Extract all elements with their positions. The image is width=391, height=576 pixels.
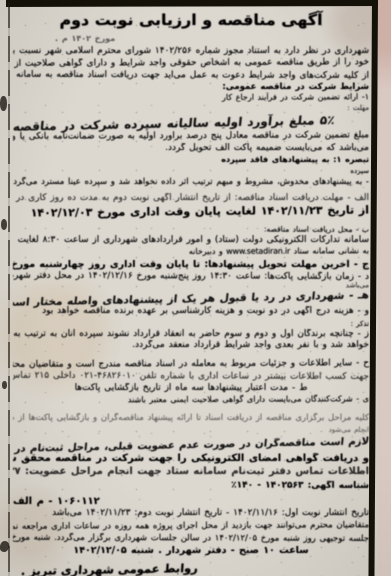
text-line: سامانه تدارکات الکترونیکی دولت (ستاد) و …	[13, 235, 369, 246]
text-line: می‌باشد که می‌بایست ضمیمه پاکت الف تحویل…	[13, 143, 369, 154]
text-line: از کلیه شرکت‌های واجد شرایط دعوت به عمل …	[13, 69, 369, 81]
text-line: مبلغ تضمین شرکت در مناقصه معادل پنج درصد…	[13, 130, 369, 142]
text-line: ب - محل دریافت اسناد مناقصه:	[13, 224, 369, 234]
text-line: ح - سایر اطلاعات و جزئیات مربوط به معامل…	[13, 358, 369, 370]
scan-margin-strip	[378, 0, 391, 576]
text-line: ساعت ۱۰ صبح - دفتر شهردار . شنبه ۱۴۰۲/۱۲…	[13, 545, 369, 556]
text-line: ج - آخرین مهلت تحویل پیشنهادها: تا پایان…	[13, 259, 369, 270]
text-line: و دریافت گواهی امضای الکترونیکی را جهت ش…	[13, 453, 369, 465]
text-line: ۱- ارائه تضمین شرکت در فرآیند ارجاع کار	[13, 93, 369, 104]
text-line: از تاریخ ۱۴۰۲/۱۱/۲۳ لغایت پایان وقت ادار…	[13, 204, 369, 220]
text-line: انجام می‌شود	[13, 425, 369, 434]
text-line: ی - شرکت‌کنندگان می‌بایست دارای گواهی صل…	[13, 394, 369, 405]
notice-body: آگهی مناقصه و ارزیابی نوبت دوم مورخ ۱۴۰۲…	[13, 9, 369, 573]
scan-artifact	[1, 219, 7, 230]
text-line: لازم است مناقصه‌گران در صورت عدم عضویت ق…	[12, 436, 369, 455]
text-line: ۱۰۶۰۱۱۲ - م الف	[13, 496, 369, 508]
text-line: مورخ ۱۴۰۲ م .	[13, 34, 369, 43]
text-line: شرایط شرکت در مناقصه عمومی:	[13, 82, 369, 92]
scanned-tender-notice: آگهی مناقصه و ارزیابی نوبت دوم مورخ ۱۴۰۲…	[0, 0, 391, 576]
text-line: ط - مدت اعتبار پیشنهادها سه ماه از تاریخ…	[13, 383, 369, 394]
notice-text-lines: مورخ ۱۴۰۲ م .شهرداری در نظر دارد به استن…	[13, 34, 369, 556]
signature-line: روابط عمومی شهرداری تبریز .	[13, 558, 370, 576]
scan-artifact	[0, 96, 7, 111]
text-line: خود را از طریق مناقصه عمومی به اشخاص حقو…	[13, 57, 369, 69]
text-line: مهلت :	[13, 104, 369, 112]
text-line: شهرداری در نظر دارد به استناد مجوز شماره…	[13, 46, 369, 57]
text-line: جهت کسب اطلاعات بیشتر در ساعات اداری با …	[13, 370, 369, 382]
frame-left-rule	[8, 2, 10, 576]
frame-top-rule	[6, 0, 391, 7]
text-line: به نشانی سامانه ستاد www.setadiran.ir و …	[13, 246, 369, 257]
text-line: سپرده	[13, 165, 369, 174]
text-line: متقاضیان محترم می‌توانند جهت بازدید از م…	[13, 520, 369, 532]
scan-artifact	[2, 381, 7, 389]
text-line: جلسه توجیهی روز شنبه مورخ ۱۴۰۲/۱۲/۰۵ در …	[13, 533, 369, 544]
text-line: شناسه آگهی: ۱۴۰۲۵۶۳ - ۱۴۰٪	[13, 480, 369, 492]
text-line: اطلاعات تماس دفتر ثبت‌نام سامانه ستاد جه…	[13, 466, 369, 478]
notice-title: آگهی مناقصه و ارزیابی نوبت دوم	[2, 9, 379, 31]
text-line: الف - مهلت دریافت اسناد مناقصه: از تاریخ…	[13, 193, 369, 204]
text-line: تبصره ۱: به پیشنهادهای فاقد سپرده	[13, 155, 369, 164]
text-line: تذکر :	[13, 318, 369, 327]
text-line: کلیه مراحل برگزاری مناقصه از دریافت اسنا…	[13, 413, 369, 423]
text-line: خواهد شد و با نفر بعدی واجد شرایط قراردا…	[13, 340, 369, 351]
text-line: تاریخ انتشار نوبت اول: ۱۴۰۲/۱۱/۱۶ - تاری…	[13, 508, 369, 519]
frame-right-rule	[368, 0, 378, 576]
text-line: - به پیشنهادهای مخدوش، مشروط و مبهم ترتی…	[13, 177, 369, 187]
text-line: ز - چنانچه برندگان اول و دوم و سوم حاضر …	[13, 329, 369, 340]
